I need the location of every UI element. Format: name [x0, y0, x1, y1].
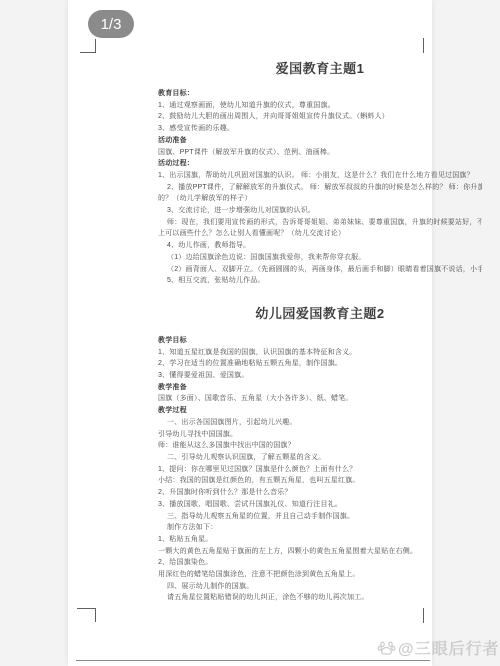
- document-content: 爱国教育主题1 教育目标： 1、通过观察画面，使幼儿知道升旗的仪式，尊重国旗。 …: [158, 50, 482, 604]
- watermark: @三眼后行者: [377, 636, 500, 658]
- doc-line: 请五角星位置粘贴错误的幼儿纠正，涂色不够的幼儿再次加工。: [158, 592, 482, 604]
- selection-tick-bottom-right: [423, 608, 424, 623]
- section-2-lines: 教学目标 1、知道五星红旗是我国的国旗，认识国旗的基本特征和含义。 2、学习在适…: [158, 335, 482, 604]
- doc-line: 二、引导幼儿观察认识国旗，了解五颗星的含义。: [158, 452, 482, 464]
- doc-line: 1、粘贴五角星。: [158, 534, 482, 546]
- doc-line: 教学准备: [158, 382, 482, 394]
- selection-corner-bottom-left: [77, 608, 96, 622]
- doc-line: 2、升国旗时你听到什么？那是什么音乐？: [158, 487, 482, 499]
- doc-line: 四、展示幼儿制作的国旗。: [158, 581, 482, 593]
- doc-line: 1、提问：你在哪里见过国旗？国旗是什么颜色？上面有什么？: [158, 464, 482, 476]
- doc-line: （1）边给国旗涂色边说：国旗国旗我爱你，我来帮你穿衣服。: [158, 252, 482, 264]
- doc-line: 3、感受宣传画的乐趣。: [158, 123, 482, 135]
- doc-line: 三、指导幼儿观察五角星的位置，并且自己动手制作国旗。: [158, 511, 482, 523]
- page-count-badge: 1/3: [88, 10, 134, 38]
- doc-line: 引导幼儿寻找中国国旗。: [158, 429, 482, 441]
- doc-line: 师：谁能从这么多国旗中找出中国的国旗？: [158, 440, 482, 452]
- doc-line: 小结：我国的国旗是红颜色的，有五颗五角星，也叫五星红旗。: [158, 475, 482, 487]
- doc-line: 2、学习在适当的位置准确地粘贴五颗五角星，制作国旗。: [158, 358, 482, 370]
- paw-icon: [377, 638, 396, 657]
- doc-line: 5、相互交流，张贴幼儿作品。: [158, 275, 482, 287]
- doc-line: 活动准备: [158, 135, 482, 147]
- doc-line: 上可以画些什么？怎么让别人看懂画呢？（幼儿交流讨论）: [158, 228, 482, 240]
- screenshot-root: { "viewer": { "page_indicator": "1/3" },…: [0, 0, 500, 666]
- section-2-title: 幼儿园爱国教育主题2: [158, 303, 482, 322]
- document-page: 爱国教育主题1 教育目标： 1、通过观察画面，使幼儿知道升旗的仪式，尊重国旗。 …: [68, 0, 432, 666]
- doc-line: 4、幼儿作画，教师指导。: [158, 240, 482, 252]
- doc-line: 国旗、PPT课件（解放军升旗的仪式）、范例、油画棒。: [158, 147, 482, 159]
- watermark-handle: @三眼后行者: [398, 636, 500, 659]
- doc-line: 3、播放国歌、唱国歌、尝试升国旗礼仪、知道行注目礼。: [158, 499, 482, 511]
- doc-line: （2）画背面人、双脚开立。（先画圆圆的头，再画身体，最后画手和脚）眼睛看着国旗不…: [158, 264, 482, 276]
- doc-line: 2、鼓励幼儿大胆的画出周围人，并向哥哥姐姐宣传升旗仪式。（蝌蚪人）: [158, 111, 482, 123]
- selection-tick-top-right: [423, 38, 424, 53]
- doc-line: 2、给国旗染色。: [158, 557, 482, 569]
- doc-line: 1、知道五星红旗是我国的国旗，认识国旗的基本特征和含义。: [158, 347, 482, 359]
- section-1-lines: 教育目标： 1、通过观察画面，使幼儿知道升旗的仪式，尊重国旗。 2、鼓励幼儿大胆…: [158, 88, 482, 287]
- doc-line: 1、出示国旗，帮助幼儿巩固对国旗的认识。 师：小朋友，这是什么？我们在什么地方看…: [158, 170, 482, 182]
- doc-line: 活动过程：: [158, 158, 482, 170]
- doc-line: 用深红色的蜡笔给国旗涂色，注意不把颜色涂到黄色五角星上。: [158, 569, 482, 581]
- doc-line: 3、交流讨论，进一步增强幼儿对国旗的认识。: [158, 205, 482, 217]
- page-bottom-rule: [76, 660, 430, 661]
- doc-line: 的？（幼儿学解放军的样子）: [158, 193, 482, 205]
- doc-line: 教育目标：: [158, 88, 482, 100]
- doc-line: 2、播放PPT课件，了解解放军的升旗仪式。 师：解放军叔叔的升旗的时候是怎么样的…: [158, 182, 482, 194]
- doc-line: 3、懂得要爱祖国、爱国旗。: [158, 370, 482, 382]
- doc-line: 教学目标: [158, 335, 482, 347]
- selection-corner-top-left: [80, 39, 96, 53]
- doc-line: 一、出示各国国旗图片，引起幼儿兴趣。: [158, 417, 482, 429]
- doc-line: 教学过程: [158, 405, 482, 417]
- doc-line: 制作方法如下：: [158, 522, 482, 534]
- doc-line: 国旗（多面）、国歌音乐、五角星（大小各许多）、纸、蜡笔。: [158, 393, 482, 405]
- doc-line: 一颗大的黄色五角星贴于旗面的左上方，四颗小的黄色五角星围着大星贴在右侧。: [158, 546, 482, 558]
- section-1-title: 爱国教育主题1: [158, 58, 482, 77]
- doc-line: 师：现在，我们要用宣传画的形式，告诉哥哥姐姐、弟弟妹妹、要尊重国旗，升旗的时候要…: [158, 217, 482, 229]
- doc-line: 1、通过观察画面，使幼儿知道升旗的仪式，尊重国旗。: [158, 100, 482, 112]
